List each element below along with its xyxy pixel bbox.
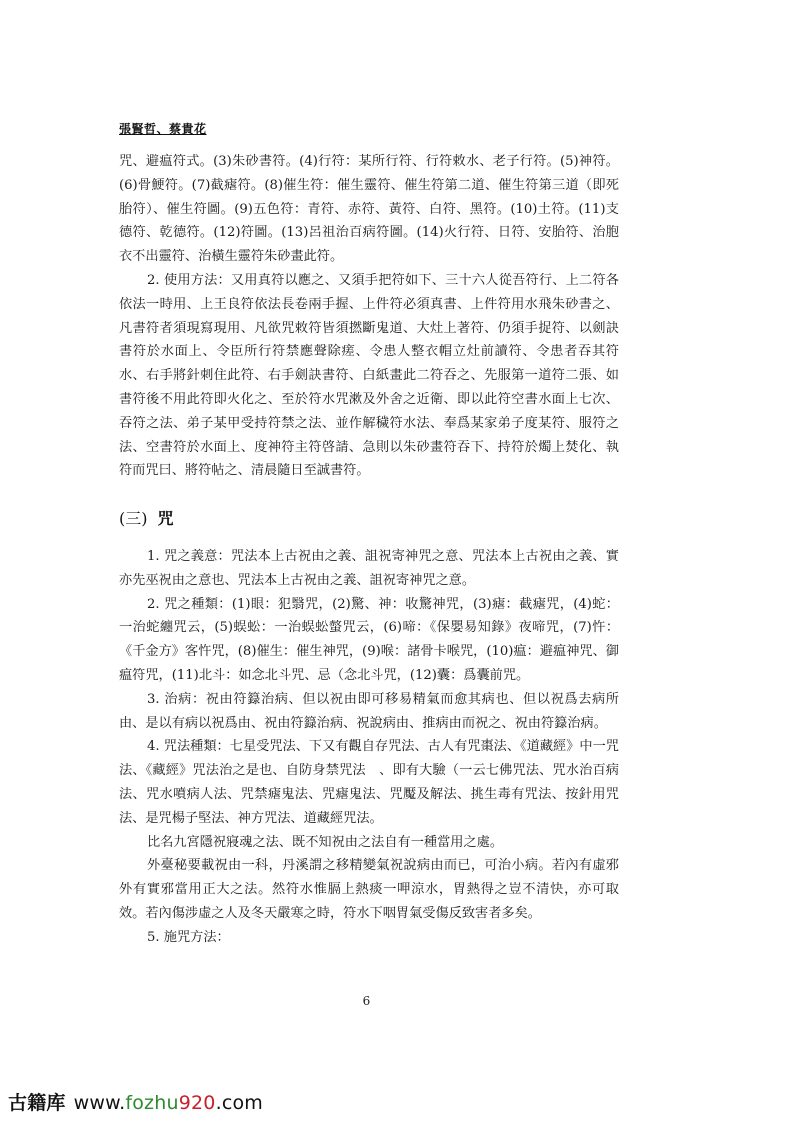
paragraph-meaning: 1. 咒之義意：咒法本上古祝由之義、詛祝寄神咒之意、咒法本上古祝由之義、實亦先巫… xyxy=(119,545,619,593)
watermark-url-suffix: .com xyxy=(216,1092,263,1114)
watermark-site-name: 古籍库 xyxy=(8,1092,66,1114)
watermark: 古籍库www.fozhu920.com xyxy=(8,1088,263,1115)
watermark-url-green: fozhu xyxy=(125,1092,178,1114)
paragraph-waitai-miyao: 外臺秘要載祝由一科，丹溪謂之移精變氣祝說病由而已，可治小病。若內有虛邪外有實邪當… xyxy=(119,854,619,925)
body-text-incantation: 1. 咒之義意：咒法本上古祝由之義、詛祝寄神咒之意、咒法本上古祝由之義、實亦先巫… xyxy=(119,545,619,950)
document-page: 張賢哲、蔡貴花 咒、避瘟符式。(3)朱砂書符。(4)行符：某所行符、行符敕水、老… xyxy=(0,0,793,1122)
paragraph-method-types: 4. 咒法種類：七星受咒法、下又有觀自存咒法、古人有咒棗法、《道藏經》中一咒法、… xyxy=(119,735,619,830)
paragraph-treatment: 3. 治病：祝由符籙治病、但以祝由即可移易精氣而愈其病也、但以祝爲去病所由、是以… xyxy=(119,688,619,736)
section-title: 咒 xyxy=(158,509,174,528)
section-number: (三) xyxy=(119,509,148,528)
body-text-continued: 咒、避瘟符式。(3)朱砂書符。(4)行符：某所行符、行符敕水、老子行符。(5)神… xyxy=(119,150,619,483)
watermark-url-red: 920 xyxy=(179,1092,216,1114)
paragraph-casting-method: 5. 施咒方法： xyxy=(119,926,619,950)
running-header-authors: 張賢哲、蔡貴花 xyxy=(119,120,207,137)
page-number: 6 xyxy=(0,994,733,1008)
paragraph-nine-palaces: 比名九宮隱祝寢魂之法、既不知祝由之法自有一種當用之處。 xyxy=(119,831,619,855)
paragraph-usage-method: 2. 使用方法：又用真符以應之、又須手把符如下、三十六人從吾符行、上二符各依法一… xyxy=(119,269,619,483)
paragraph-talisman-list: 咒、避瘟符式。(3)朱砂書符。(4)行符：某所行符、行符敕水、老子行符。(5)神… xyxy=(119,150,619,269)
watermark-url-prefix: www. xyxy=(74,1092,126,1114)
section-heading-incantation: (三)咒 xyxy=(119,506,174,529)
paragraph-types: 2. 咒之種類：(1)眼：犯翳咒，(2)驚、神：收驚神咒，(3)瘧：截瘧咒，(4… xyxy=(119,593,619,688)
